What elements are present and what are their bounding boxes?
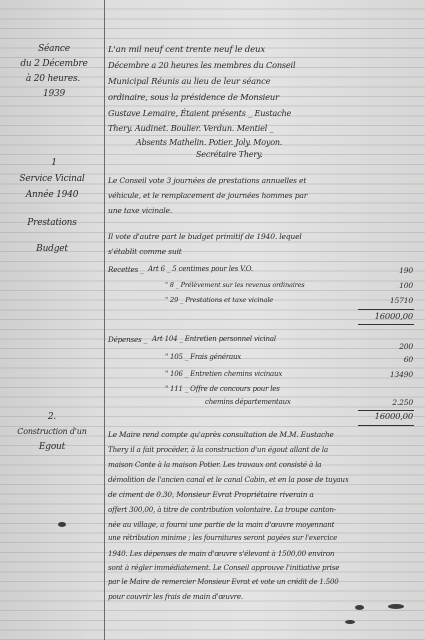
item1-line: Le Conseil vote 3 journées de prestation…: [108, 176, 306, 185]
item2-line: Le Maire rend compte qu'après consultati…: [108, 430, 334, 439]
item1-line: une taxe vicinale.: [108, 206, 172, 215]
margin-rule: [104, 0, 105, 640]
ink-blot: [355, 605, 364, 610]
margin-item1-number: 1: [14, 158, 94, 168]
item2-line: démolition de l'ancien canal et le canal…: [108, 475, 349, 484]
depenses-line: " 106 _ Entretien chemins vicinaux: [165, 370, 282, 378]
recettes-amount: 15710: [390, 296, 413, 305]
item2-line: offert 300,00, à titre de contribution v…: [108, 505, 336, 514]
depenses-amount: 60: [404, 355, 413, 364]
recettes-amount: 100: [399, 281, 413, 290]
item2-line: 1940. Les dépenses de main d'œuvre s'éle…: [108, 549, 334, 558]
intro-line: Absents Mathelin. Potier. Joly. Moyon.: [136, 138, 282, 147]
recettes-total-underline: [358, 324, 414, 325]
intro-line: Décembre a 20 heures les membres du Cons…: [108, 60, 295, 70]
recettes-total: 16000,00: [375, 311, 413, 321]
recettes-amount: 190: [399, 266, 413, 275]
margin-session-4: 1939: [14, 89, 94, 99]
ink-blot: [58, 522, 66, 527]
recettes-line: " 8 _ Prélèvement sur les revenus ordina…: [165, 281, 305, 289]
depenses-total: 16000,00: [375, 411, 413, 421]
margin-session-3: à 20 heures.: [10, 74, 96, 84]
depenses-total-underline: [358, 425, 414, 426]
register-page: Séance du 2 Décembre à 20 heures. 1939 1…: [0, 0, 425, 640]
margin-item1-title-2: Année 1940: [4, 190, 100, 200]
margin-item2-title-2: Egout: [4, 442, 100, 452]
depenses-line: Art 104 _ Entretien personnel vicinal: [152, 335, 276, 343]
item1-line: véhicule, et le remplacement de journées…: [108, 191, 307, 200]
recettes-label: Recettes _: [108, 265, 144, 274]
depenses-amount: 2.250: [392, 398, 413, 407]
depenses-line: chemins départementaux: [205, 398, 291, 406]
margin-budget: Budget: [4, 244, 100, 254]
margin-item2-number: 2.: [4, 412, 100, 422]
depenses-line: " 105 _ Frais généraux: [165, 353, 241, 361]
item2-line: Thery il a fait procéder, à la construct…: [108, 445, 328, 454]
ink-blot: [388, 604, 404, 609]
budget-intro-line: s'établit comme suit: [108, 247, 182, 256]
depenses-line: " 111 _ Offre de concours pour les: [165, 385, 280, 393]
ink-blot: [345, 620, 355, 624]
intro-line: Municipal Réunis au lieu de leur séance: [108, 76, 270, 86]
margin-session-1: Séance: [14, 44, 94, 54]
margin-session-2: du 2 Décembre: [4, 59, 104, 69]
margin-item1-title-1: Service Vicinal: [4, 174, 100, 184]
recettes-line: " 29 _ Prestations et taxe vicinale: [165, 296, 273, 304]
margin-item2-title-1: Construction d'un: [0, 427, 104, 436]
item2-line: née au village, a fourni une partie de l…: [108, 520, 334, 529]
item2-line: une rétribution minime ; les fournitures…: [108, 534, 337, 542]
depenses-label: Dépenses _: [108, 335, 147, 344]
intro-line: Thery. Audinet. Boulier. Verdun. Mentiel…: [108, 123, 274, 133]
intro-line: ordinaire, sous la présidence de Monsieu…: [108, 92, 279, 102]
intro-line: Gustave Lemaire, Étaient présents _ Eust…: [108, 108, 291, 118]
intro-line: L'an mil neuf cent trente neuf le deux: [108, 45, 265, 55]
item2-line: pour couvrir les frais de main d'œuvre.: [108, 592, 243, 601]
recettes-line: Art 6 _ 5 centimes pour les V.O.: [148, 265, 253, 273]
depenses-amount: 200: [399, 342, 413, 351]
depenses-amount: 13490: [390, 370, 413, 379]
item2-line: sont à régler immédiatement. Le Conseil …: [108, 563, 339, 572]
budget-intro-line: Il vote d'autre part le budget primitif …: [108, 232, 302, 241]
item2-line: de ciment de 0.30, Monsieur Evrat Propri…: [108, 490, 314, 499]
item2-line: par le Maire de remercier Monsieur Evrat…: [108, 578, 338, 586]
recettes-total-rule: [358, 309, 414, 310]
intro-line: Secrétaire Thery.: [196, 150, 263, 159]
item2-line: maison Conte à la maison Potier. Les tra…: [108, 460, 321, 469]
margin-prestations: Prestations: [4, 218, 100, 228]
